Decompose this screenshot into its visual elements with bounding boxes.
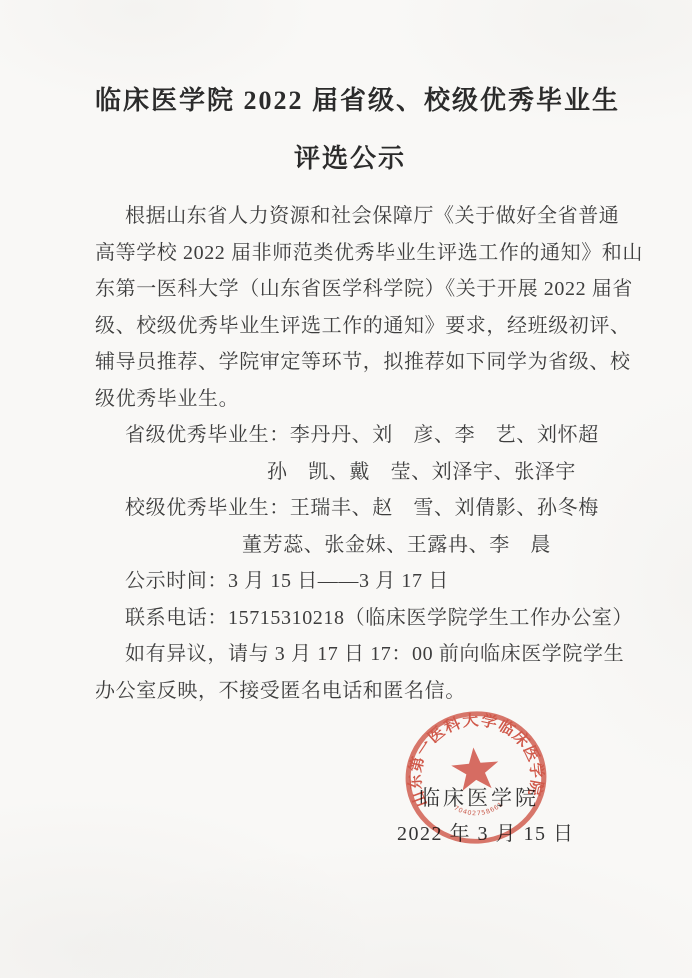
doc-title-line2: 评选公示	[95, 118, 635, 176]
contact-phone-line: 联系电话：15715310218（临床医学院学生工作办公室）	[125, 600, 635, 637]
signature-department: 临床医学院	[419, 782, 539, 812]
school-graduates-line1: 校级优秀毕业生：王瑞丰、赵 雪、刘倩影、孙冬梅	[125, 490, 635, 527]
para1-line4: 级、校级优秀毕业生评选工作的通知》要求，经班级初评、	[95, 308, 635, 345]
para1-line6: 级优秀毕业生。	[95, 381, 635, 418]
para1-line3: 东第一医科大学（山东省医学科学院）《关于开展 2022 届省	[95, 271, 635, 308]
para1-line5: 辅导员推荐、学院审定等环节，拟推荐如下同学为省级、校	[95, 344, 635, 381]
document-page: 临床医学院 2022 届省级、校级优秀毕业生 评选公示 根据山东省人力资源和社会…	[0, 0, 692, 978]
school-graduates-line2: 董芳蕊、张金妹、王露冉、李 晨	[242, 527, 635, 564]
notice-period-line: 公示时间：3 月 15 日——3 月 17 日	[125, 563, 635, 600]
para1-line1: 根据山东省人力资源和社会保障厅《关于做好全省普通	[125, 198, 635, 235]
provincial-graduates-line1: 省级优秀毕业生：李丹丹、刘 彦、李 艺、刘怀超	[125, 417, 635, 454]
objection-line1: 如有异议，请与 3 月 17 日 17：00 前向临床医学院学生	[125, 636, 635, 673]
signature-date: 2022 年 3 月 15 日	[397, 817, 575, 846]
para1-line2: 高等学校 2022 届非师范类优秀毕业生评选工作的通知》和山	[95, 235, 635, 272]
doc-title-line1: 临床医学院 2022 届省级、校级优秀毕业生	[95, 0, 635, 118]
provincial-graduates-line2: 孙 凯、戴 莹、刘泽宇、张泽宇	[267, 454, 635, 491]
doc-body: 根据山东省人力资源和社会保障厅《关于做好全省普通 高等学校 2022 届非师范类…	[95, 198, 635, 709]
objection-line2: 办公室反映，不接受匿名电话和匿名信。	[95, 673, 635, 710]
document-content: 临床医学院 2022 届省级、校级优秀毕业生 评选公示 根据山东省人力资源和社会…	[0, 0, 692, 709]
